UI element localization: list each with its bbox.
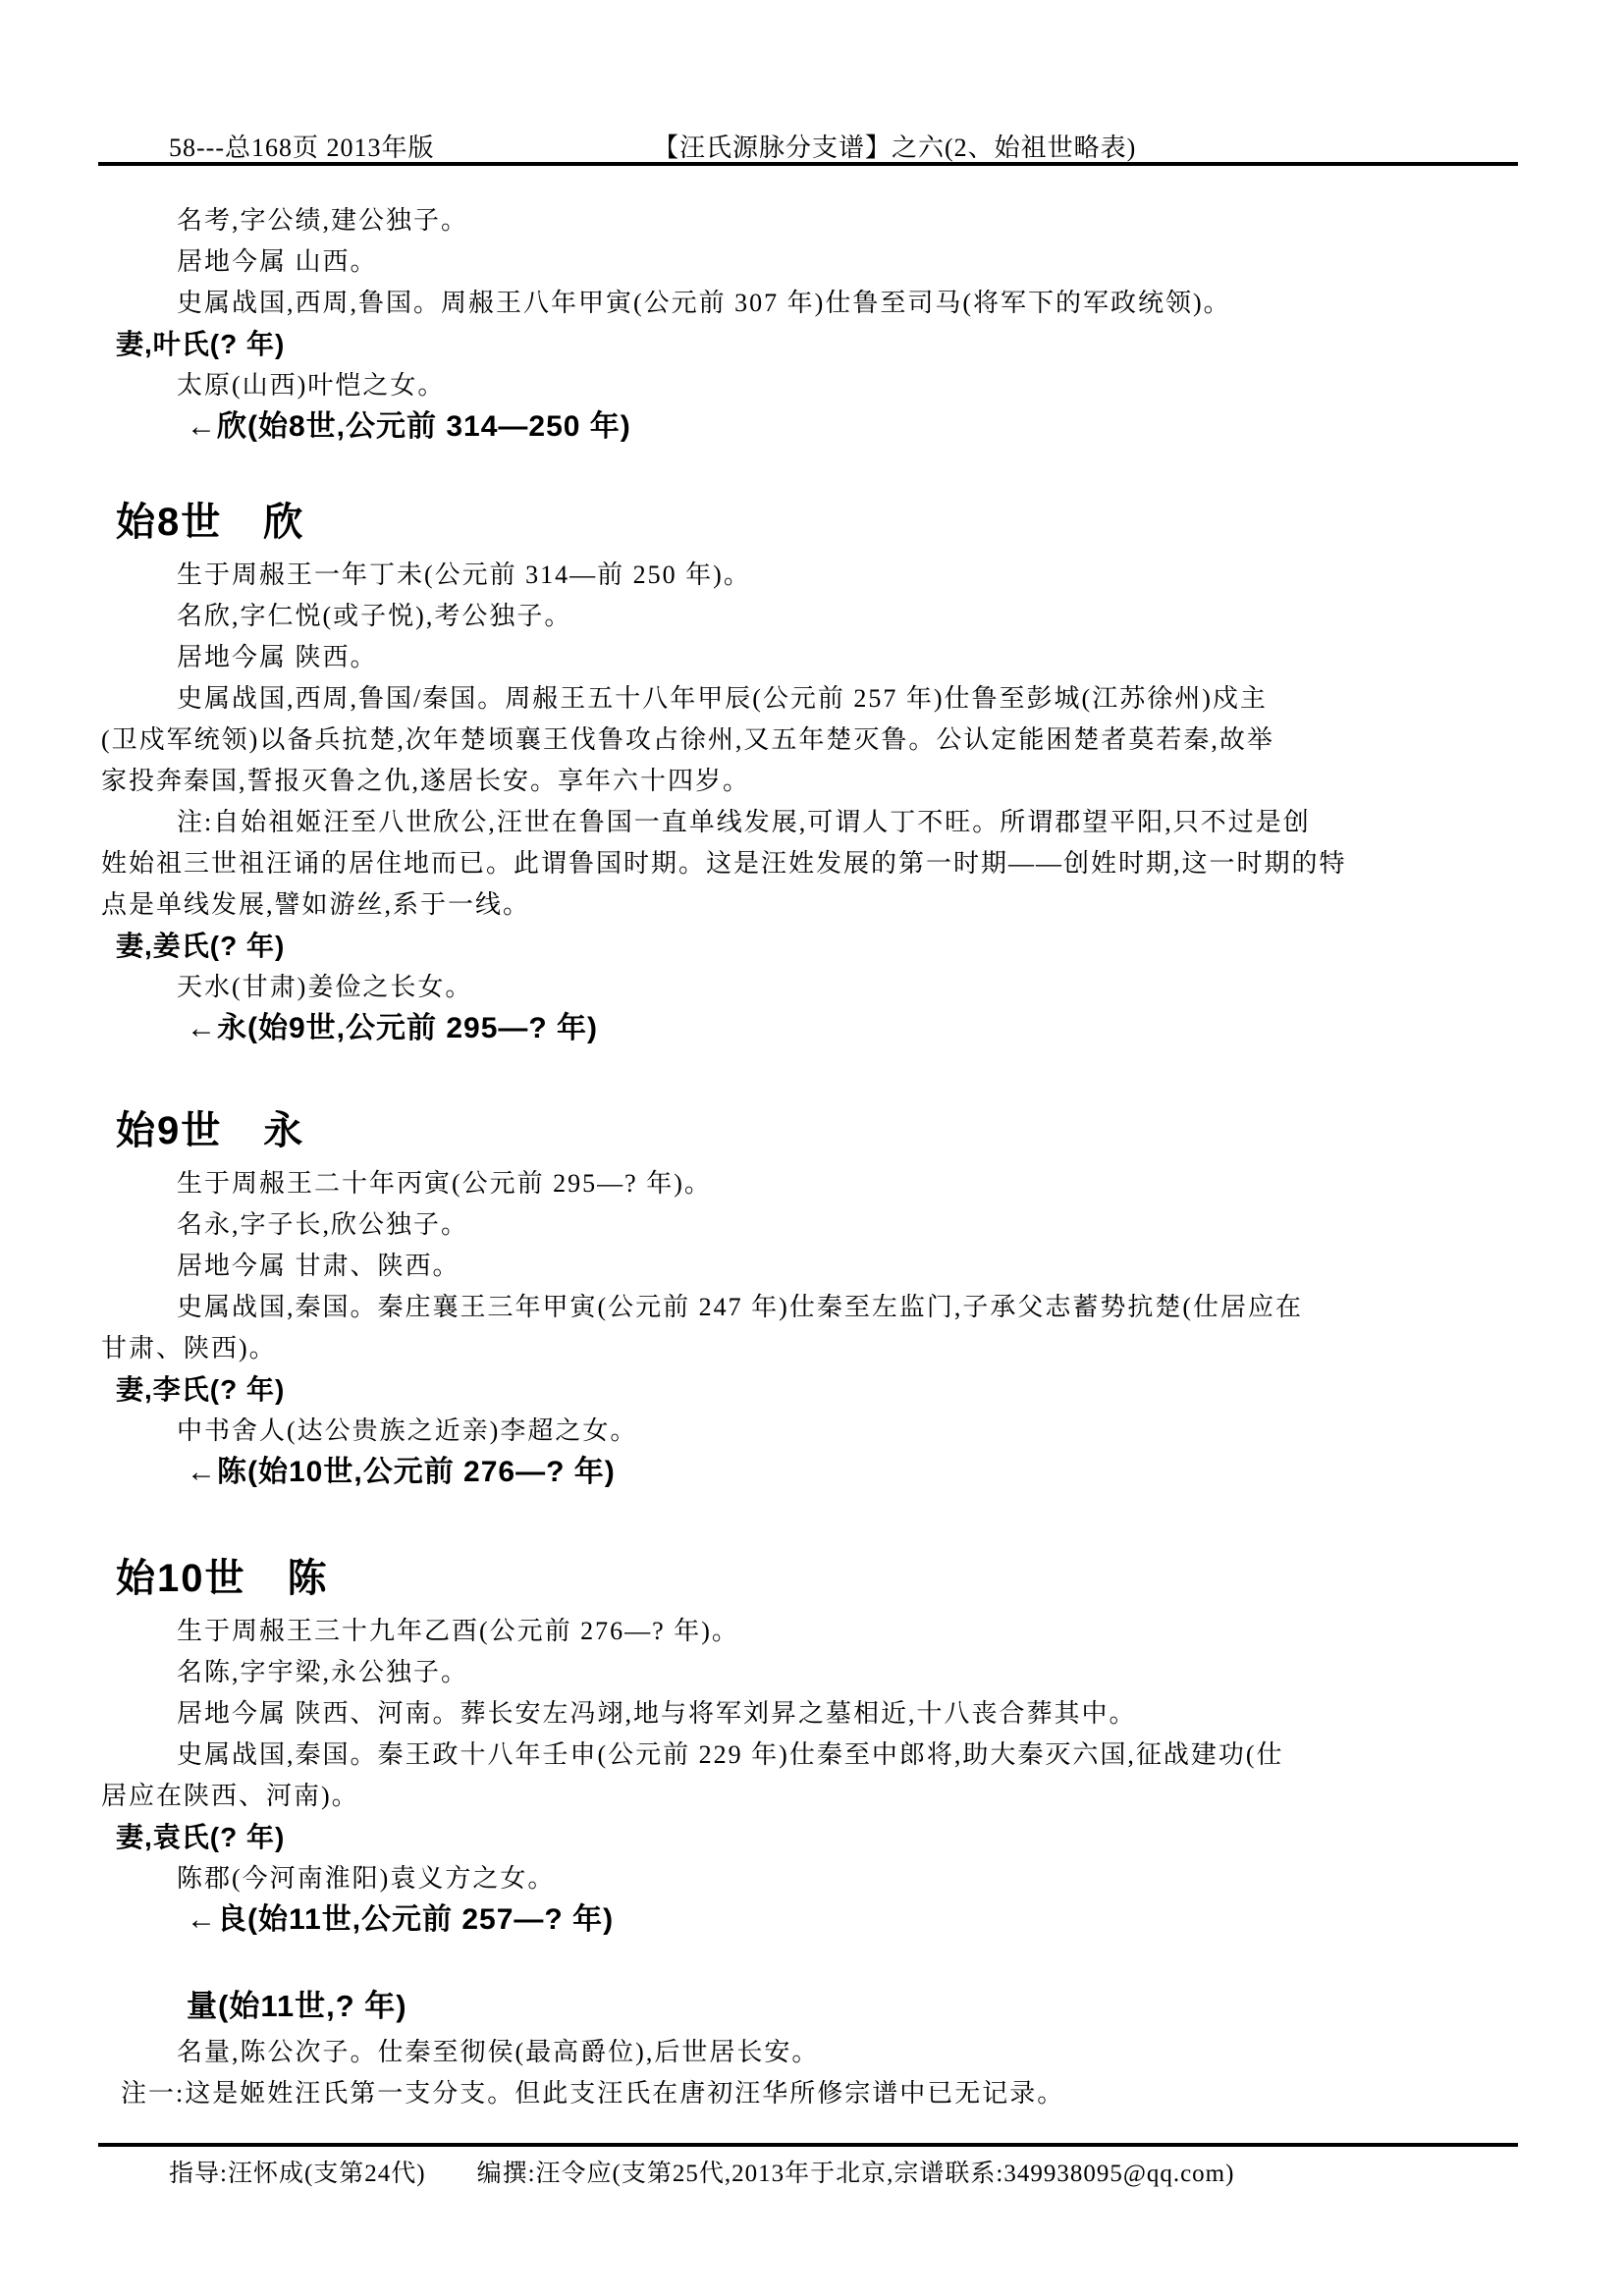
section-heading: 始9世 永	[116, 1106, 1544, 1155]
heir-arrow-line: ←良(始11世,公元前 257—? 年)	[187, 1899, 1544, 1941]
header-rule	[98, 162, 1518, 166]
heir-arrow-line: ←永(始9世,公元前 295—? 年)	[187, 1008, 1544, 1049]
text-line: 居应在陕西、河南)。	[101, 1776, 1544, 1817]
book-title-header: 【汪氏源脉分支谱】之六(2、始祖世略表)	[653, 128, 1136, 164]
text-line: 居地今属 陕西。	[177, 637, 1544, 678]
text-line: (卫戍军统领)以备兵抗楚,次年楚顷襄王伐鲁攻占徐州,又五年楚灭鲁。公认定能困楚者…	[101, 720, 1544, 761]
text-line: 史属战国,西周,鲁国/秦国。周赧王五十八年甲辰(公元前 257 年)仕鲁至彭城(…	[177, 678, 1544, 720]
genealogy-page: 58---总168页 2013年版 【汪氏源脉分支谱】之六(2、始祖世略表) 名…	[0, 0, 1624, 2296]
text-line: 名永,字子长,欣公独子。	[177, 1204, 1544, 1246]
text-line: 甘肃、陕西)。	[101, 1328, 1544, 1369]
text-line: 居地今属 山西。	[177, 241, 1544, 283]
text-line: 太原(山西)叶恺之女。	[177, 365, 1544, 406]
text-line: 陈郡(今河南淮阳)袁义方之女。	[177, 1858, 1544, 1899]
text-line: 史属战国,秦国。秦王政十八年壬申(公元前 229 年)仕秦至中郎将,助大秦灭六国…	[177, 1735, 1544, 1776]
spouse-line: 妻,袁氏(? 年)	[116, 1817, 1544, 1858]
text-line: 生于周赧王二十年丙寅(公元前 295—? 年)。	[177, 1163, 1544, 1204]
footer-rule	[98, 2143, 1518, 2147]
note-line: 姓始祖三世祖汪诵的居住地而已。此谓鲁国时期。这是汪姓发展的第一时期——创姓时期,…	[101, 843, 1544, 884]
text-line: 中书舍人(达公贵族之近亲)李超之女。	[177, 1411, 1544, 1452]
text-line: 名量,陈公次子。仕秦至彻侯(最高爵位),后世居长安。	[177, 2032, 1544, 2073]
branch-subheading: 量(始11世,? 年)	[187, 1985, 1544, 2028]
text-line: 生于周赧王一年丁未(公元前 314—前 250 年)。	[177, 555, 1544, 596]
text-line: 史属战国,西周,鲁国。周赧王八年甲寅(公元前 307 年)仕鲁至司马(将军下的军…	[177, 283, 1544, 324]
text-line: 名陈,字宇梁,永公独子。	[177, 1652, 1544, 1693]
note-line: 点是单线发展,譬如游丝,系于一线。	[101, 884, 1544, 926]
page-number-header: 58---总168页 2013年版	[169, 128, 434, 164]
spouse-line: 妻,姜氏(? 年)	[116, 926, 1544, 967]
spouse-line: 妻,叶氏(? 年)	[116, 324, 1544, 365]
text-line: 史属战国,秦国。秦庄襄王三年甲寅(公元前 247 年)仕秦至左监门,子承父志蓄势…	[177, 1287, 1544, 1328]
note-line: 注一:这是姬姓汪氏第一支分支。但此支汪氏在唐初汪华所修宗谱中已无记录。	[121, 2073, 1544, 2114]
text-line: 居地今属 甘肃、陕西。	[177, 1246, 1544, 1287]
footer-credits: 指导:汪怀成(支第24代) 编撰:汪令应(支第25代,2013年于北京,宗谱联系…	[169, 2154, 1234, 2189]
page-body: 名考,字公绩,建公独子。 居地今属 山西。 史属战国,西周,鲁国。周赧王八年甲寅…	[101, 200, 1544, 2114]
text-line: 名考,字公绩,建公独子。	[177, 200, 1544, 241]
section-heading: 始8世 欣	[116, 498, 1544, 547]
section-heading: 始10世 陈	[116, 1554, 1544, 1603]
text-line: 天水(甘肃)姜俭之长女。	[177, 967, 1544, 1008]
text-line: 家投奔秦国,誓报灭鲁之仇,遂居长安。享年六十四岁。	[101, 761, 1544, 802]
heir-arrow-line: ←陈(始10世,公元前 276—? 年)	[187, 1452, 1544, 1493]
heir-arrow-line: ←欣(始8世,公元前 314—250 年)	[187, 406, 1544, 448]
spouse-line: 妻,李氏(? 年)	[116, 1369, 1544, 1411]
note-line: 注:自始祖姬汪至八世欣公,汪世在鲁国一直单线发展,可谓人丁不旺。所谓郡望平阳,只…	[177, 802, 1544, 843]
text-line: 生于周赧王三十九年乙酉(公元前 276—? 年)。	[177, 1611, 1544, 1652]
text-line: 居地今属 陕西、河南。葬长安左冯翊,地与将军刘昇之墓相近,十八丧合葬其中。	[177, 1693, 1544, 1735]
text-line: 名欣,字仁悦(或子悦),考公独子。	[177, 596, 1544, 637]
